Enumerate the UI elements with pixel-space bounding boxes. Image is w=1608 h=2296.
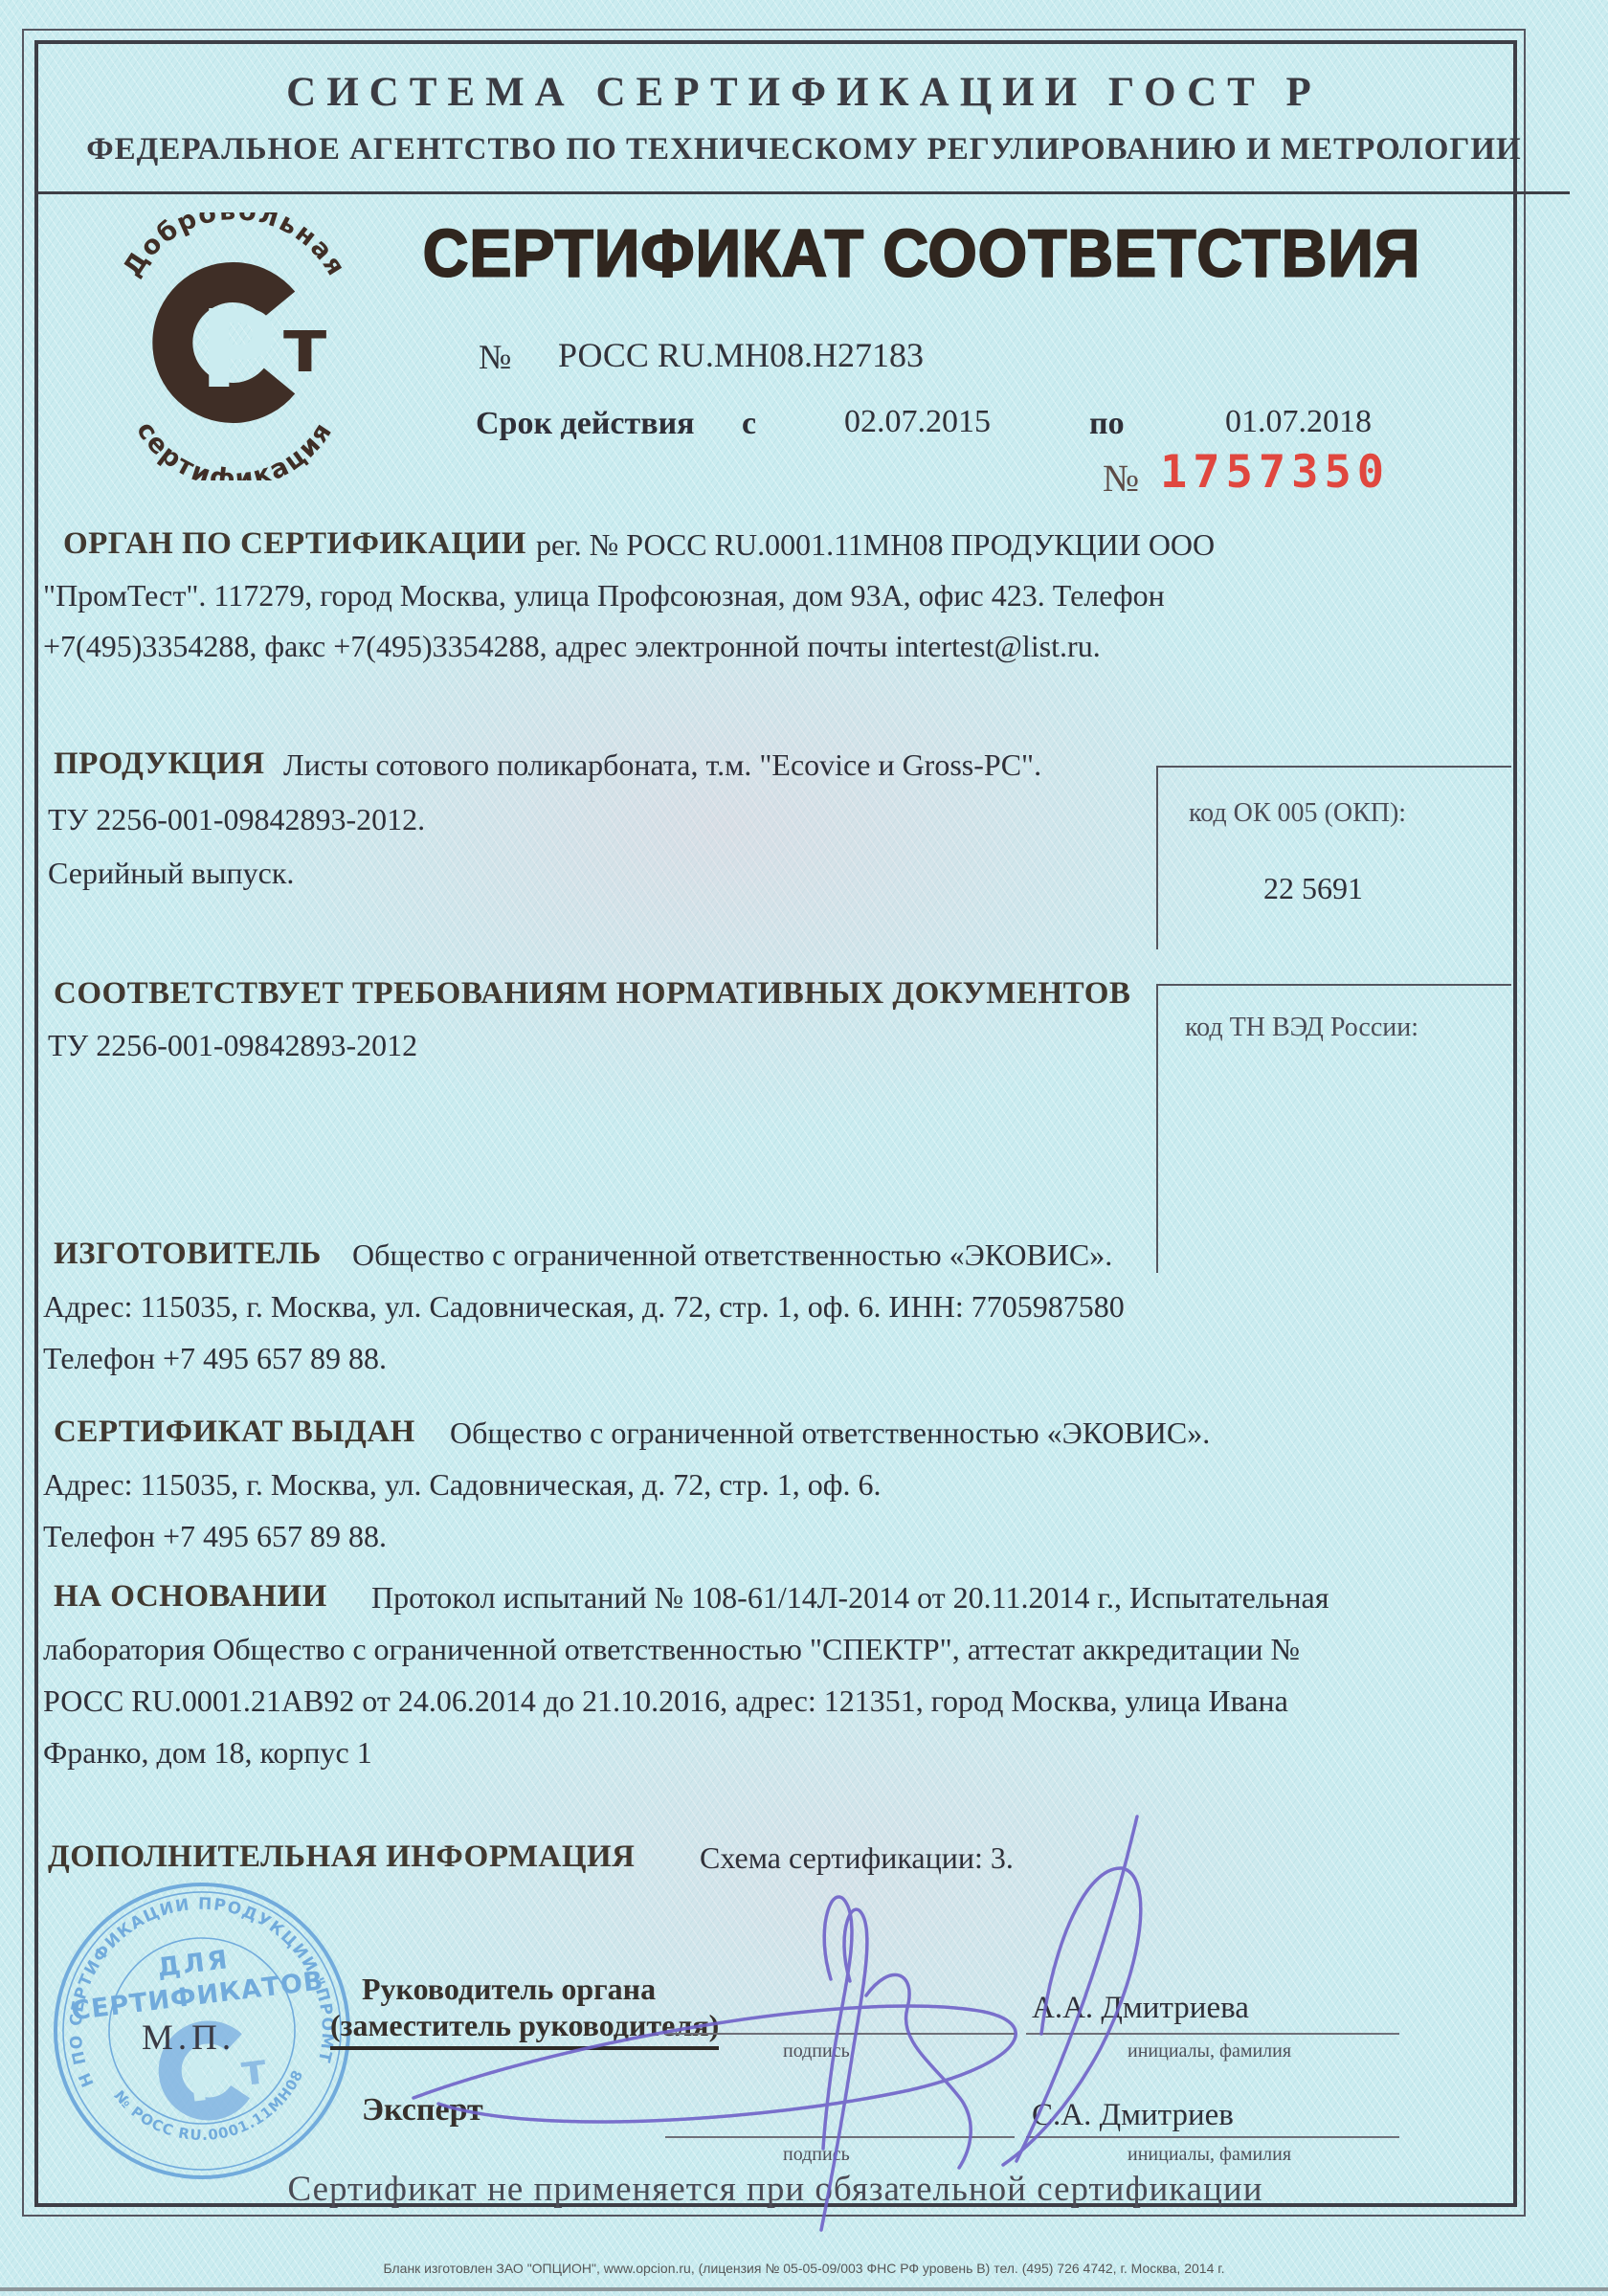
expert-signature-line [665,2136,1015,2138]
expert-name: С.А. Дмитриев [1032,2098,1234,2133]
okp-code-box: код ОК 005 (ОКП): 22 5691 [1156,766,1511,949]
product-label: ПРОДУКЦИЯ [54,747,265,782]
org-label: ОРГАН ПО СЕРТИФИКАЦИИ [63,526,526,562]
head-name-line [1026,2033,1399,2035]
additional-inline: Схема сертификации: 3. [700,1840,1014,1876]
org-line3: +7(495)3354288, факс +7(495)3354288, адр… [43,629,1101,664]
validity-from-date: 02.07.2015 [844,404,991,440]
rst-t-letter: т [283,303,326,390]
manufacturer-label: ИЗГОТОВИТЕЛЬ [54,1237,322,1272]
certificate-page: СИСТЕМА СЕРТИФИКАЦИИ ГОСТ Р ФЕДЕРАЛЬНОЕ … [0,0,1608,2296]
header-divider [38,191,1570,194]
expert-signature-caption: подпись [783,2144,850,2166]
cert-number-value: РОСС RU.МН08.Н27183 [558,335,924,375]
conform-label: СООТВЕТСТВУЕТ ТРЕБОВАНИЯМ НОРМАТИВНЫХ ДО… [54,976,1130,1012]
cert-number-sign: № [479,337,511,377]
validity-from-word: с [742,406,756,442]
additional-label: ДОПОЛНИТЕЛЬНАЯ ИНФОРМАЦИЯ [48,1839,636,1875]
tnved-code-box: код ТН ВЭД России: [1156,984,1511,1273]
expert-name-caption: инициалы, фамилия [1128,2144,1291,2166]
rst-logo: Р т Добровольная сертификация [96,212,383,480]
org-line2: "ПромТест". 117279, город Москва, улица … [43,578,1165,613]
issued-label: СЕРТИФИКАТ ВЫДАН [54,1415,415,1450]
product-line2: ТУ 2256-001-09842893-2012. [48,802,425,837]
validity-to-date: 01.07.2018 [1225,404,1372,440]
form-number-sign: № [1103,456,1139,501]
issued-line3: Телефон +7 495 657 89 88. [43,1519,387,1554]
org-inline: рег. № РОСС RU.0001.11МН08 ПРОДУКЦИИ ООО [536,527,1215,563]
basis-line3: РОСС RU.0001.21АВ92 от 24.06.2014 до 21.… [43,1683,1288,1719]
okp-box-label: код ОК 005 (ОКП): [1189,798,1406,829]
issued-line2: Адрес: 115035, г. Москва, ул. Садовничес… [43,1467,882,1503]
basis-line2: лаборатория Общество с ограниченной отве… [43,1632,1300,1667]
bottom-note: Сертификат не применяется при обязательн… [0,2169,1551,2210]
expert-name-line [1026,2136,1399,2138]
blank-fine-print: Бланк изготовлен ЗАО "ОПЦИОН", www.opcio… [0,2261,1608,2276]
agency-title: ФЕДЕРАЛЬНОЕ АГЕНТСТВО ПО ТЕХНИЧЕСКОМУ РЕ… [0,132,1608,167]
head-signature-line [665,2033,1015,2035]
validity-to-word: по [1089,406,1125,442]
validity-label: Срок действия [476,406,695,442]
certificate-title: СЕРТИФИКАТ СООТВЕТСТВИЯ [391,214,1453,292]
expert-role: Эксперт [362,2092,483,2129]
svg-text:сертификация: сертификация [130,416,339,480]
head-name: А.А. Дмитриева [1032,1991,1249,2026]
scan-edge [0,2287,1608,2291]
issued-inline: Общество с ограниченной ответственностью… [450,1415,1210,1451]
stamp-rst-t: т [238,2044,269,2096]
basis-inline: Протокол испытаний № 108-61/14Л-2014 от … [371,1580,1329,1616]
head-name-caption: инициалы, фамилия [1128,2040,1291,2062]
tnved-box-label: код ТН ВЭД России: [1185,1013,1418,1043]
stamp-center-line1: ДЛЯ [156,1945,232,1983]
basis-label: НА ОСНОВАНИИ [54,1579,327,1615]
mp-seal-mark: М.П. [142,2017,235,2059]
logo-arc-bottom-text: сертификация [130,416,339,480]
manufacturer-line3: Телефон +7 495 657 89 88. [43,1341,387,1376]
head-role-line1: Руководитель органа [362,1972,656,2007]
product-inline: Листы сотового поликарбоната, т.м. "Ecov… [283,747,1041,783]
basis-line4: Франко, дом 18, корпус 1 [43,1735,372,1771]
form-number-value: 1757350 [1160,446,1390,499]
okp-box-value: 22 5691 [1263,871,1363,906]
product-line3: Серийный выпуск. [48,856,294,891]
head-signature-caption: подпись [783,2040,850,2062]
system-title: СИСТЕМА СЕРТИФИКАЦИИ ГОСТ Р [0,69,1608,116]
manufacturer-line2: Адрес: 115035, г. Москва, ул. Садовничес… [43,1289,1125,1325]
conform-line2: ТУ 2256-001-09842893-2012 [48,1028,417,1063]
head-role-line2: (заместитель руководителя) [330,2008,719,2050]
manufacturer-inline: Общество с ограниченной ответственностью… [352,1237,1112,1273]
rst-p-letter: Р [199,288,278,412]
